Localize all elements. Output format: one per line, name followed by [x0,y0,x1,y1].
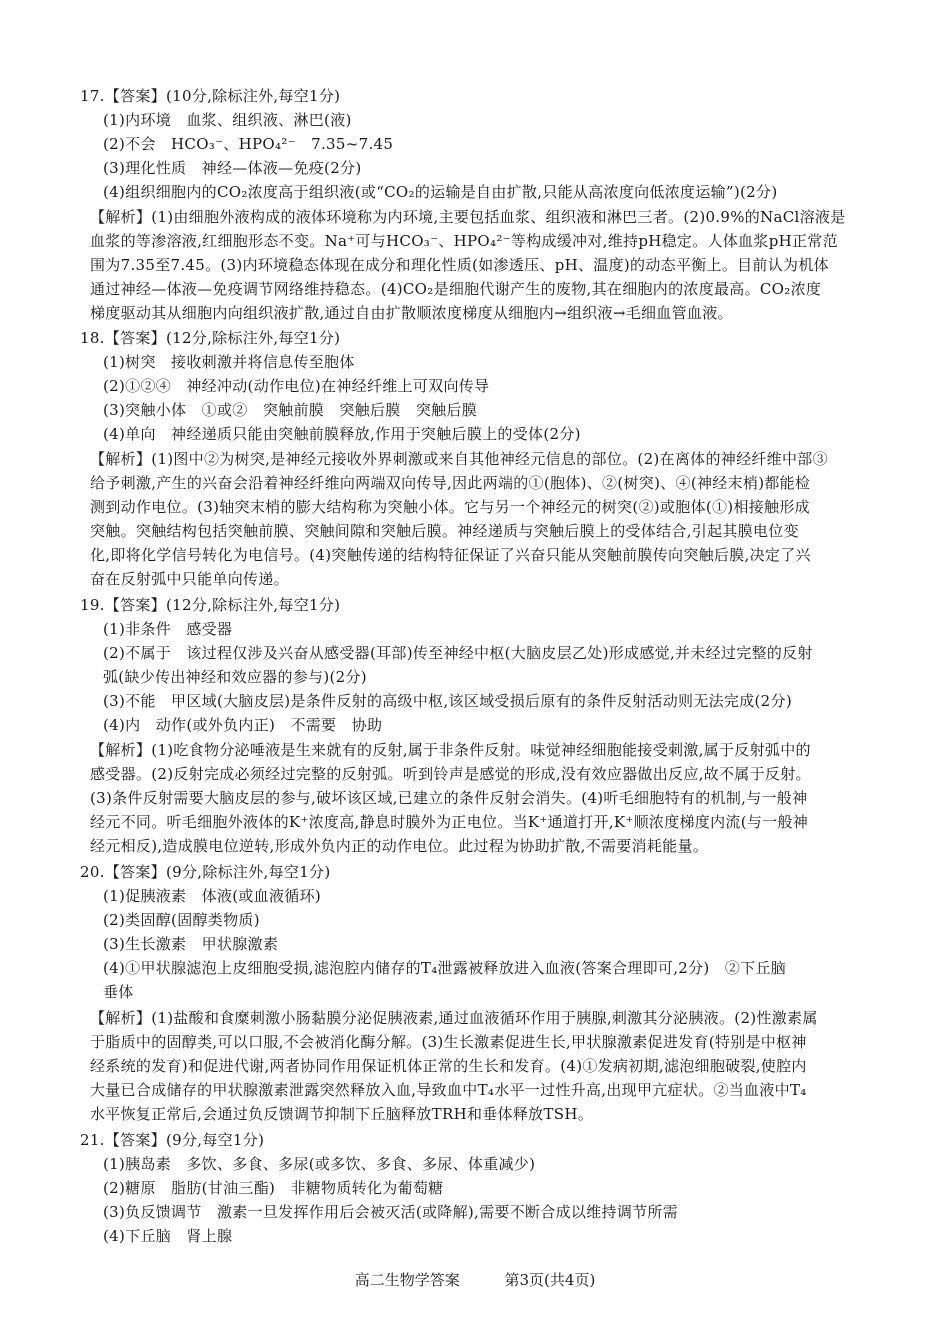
explanation-line: 化,即将化学信号转化为电信号。(4)突触传递的结构特征保证了兴奋只能从突触前膜传… [90,543,811,567]
answer-line: (2)不会 HCO₃⁻、HPO₄²⁻ 7.35~7.45 [103,132,393,156]
answer-line: (4)内 动作(或外负内正) 不需要 协助 [103,713,382,737]
explanation-line: 【解析】(1)吃食物分泌唾液是生来就有的反射,属于非条件反射。味觉神经细胞能接受… [90,738,811,762]
answer-line: 弧(缺少传出神经和效应器的参与)(2分) [103,665,367,689]
answer-line: (2)①②④ 神经冲动(动作电位)在神经纤维上可双向传导 [103,374,489,398]
explanation-line: 【解析】(1)图中②为树突,是神经元接收外界刺激或来自其他神经元信息的部位。(2… [90,447,828,471]
footer-page-number: 第3页(共4页) [505,1271,596,1289]
answer-line: (1)非条件 感受器 [103,617,232,641]
explanation-line: 于脂质中的固醇类,可以口服,不会被消化酶分解。(3)生长激素促进生长,甲状腺激素… [90,1030,807,1054]
question-header: 20.【答案】(9分,除标注外,每空1分) [80,860,330,884]
answer-line: (2)糖原 脂肪(甘油三酯) 非糖物质转化为葡萄糖 [103,1176,443,1200]
explanation-line: 水平恢复正常后,会通过负反馈调节抑制下丘脑释放TRH和垂体释放TSH。 [90,1102,593,1126]
explanation-line: 经元不同。听毛细胞外液体的K⁺浓度高,静息时膜外为正电位。当K⁺通道打开,K⁺顺… [90,810,808,834]
page-footer: 高二生物学答案 第3页(共4页) [0,1268,950,1292]
answer-line: (4)组织细胞内的CO₂浓度高于组织液(或“CO₂的运输是自由扩散,只能从高浓度… [103,180,777,204]
answer-line: 垂体 [103,980,134,1004]
explanation-line: 围为7.35至7.45。(3)内环境稳态体现在成分和理化性质(如渗透压、pH、温… [90,253,829,277]
answer-line: (4)①甲状腺滤泡上皮细胞受损,滤泡腔内储存的T₄泄露被释放进入血液(答案合理即… [103,956,786,980]
footer-title: 高二生物学答案 [355,1271,460,1289]
explanation-line: 突触。突触结构包括突触前膜、突触间隙和突触后膜。神经递质与突触后膜上的受体结合,… [90,519,799,543]
question-header: 19.【答案】(12分,除标注外,每空1分) [80,593,340,617]
explanation-line: 【解析】(1)盐酸和食糜刺激小肠黏膜分泌促胰液素,通过血液循环作用于胰腺,刺激其… [90,1006,818,1030]
answer-line: (4)下丘脑 肾上腺 [103,1224,232,1248]
question-header: 21.【答案】(9分,每空1分) [80,1128,264,1152]
answer-line: (1)树突 接收刺激并将信息传至胞体 [103,350,355,374]
explanation-line: 大量已合成储存的甲状腺激素泄露突然释放入血,导致血中T₄水平一过性升高,出现甲亢… [90,1078,807,1102]
explanation-line: 通过神经—体液—免疫调节网络维持稳态。(4)CO₂是细胞代谢产生的废物,其在细胞… [90,277,821,301]
explanation-line: 感受器。(2)反射完成必须经过完整的反射弧。听到铃声是感觉的形成,没有效应器做出… [90,762,811,786]
explanation-line: 经系统的发育)和促进代谢,两者协同作用保证机体正常的生长和发育。(4)①发病初期… [90,1054,807,1078]
answer-key-page: 17.【答案】(10分,除标注外,每空1分)(1)内环境 血浆、组织液、淋巴(液… [0,0,950,1343]
answer-line: (3)不能 甲区域(大脑皮层)是条件反射的高级中枢,该区域受损后原有的条件反射活… [103,689,792,713]
question-header: 18.【答案】(12分,除标注外,每空1分) [80,326,340,350]
explanation-line: 经元相反),造成膜电位逆转,形成外负内正的动作电位。此过程为协助扩散,不需要消耗… [90,834,708,858]
answer-line: (4)单向 神经递质只能由突触前膜释放,作用于突触后膜上的受体(2分) [103,422,581,446]
explanation-line: (3)条件反射需要大脑皮层的参与,破坏该区域,已建立的条件反射会消失。(4)听毛… [90,786,807,810]
answer-line: (2)不属于 该过程仅涉及兴奋从感受器(耳部)传至神经中枢(大脑皮层乙处)形成感… [103,641,813,665]
explanation-line: 梯度驱动其从细胞内向组织液扩散,通过自由扩散顺浓度梯度从细胞内→组织液→毛细血管… [90,301,733,325]
question-header: 17.【答案】(10分,除标注外,每空1分) [80,84,340,108]
explanation-line: 给予刺激,产生的兴奋会沿着神经纤维向两端双向传导,因此两端的①(胞体)、②(树突… [90,471,810,495]
explanation-line: 血浆的等渗溶液,红细胞形态不变。Na⁺可与HCO₃⁻、HPO₄²⁻等构成缓冲对,… [90,229,838,253]
answer-line: (2)类固醇(固醇类物质) [103,908,260,932]
answer-line: (1)内环境 血浆、组织液、淋巴(液) [103,108,352,132]
explanation-line: 奋在反射弧中只能单向传递。 [90,567,289,591]
answer-line: (3)理化性质 神经—体液—免疫(2分) [103,156,362,180]
answer-line: (1)胰岛素 多饮、多食、多尿(或多饮、多食、多尿、体重减少) [103,1152,535,1176]
answer-line: (3)负反馈调节 激素一旦发挥作用后会被灭活(或降解),需要不断合成以维持调节所… [103,1200,678,1224]
answer-line: (1)促胰液素 体液(或血液循环) [103,884,321,908]
answer-line: (3)突触小体 ①或② 突触前膜 突触后膜 突触后膜 [103,398,477,422]
answer-line: (3)生长激素 甲状腺激素 [103,932,278,956]
explanation-line: 测到动作电位。(3)轴突末梢的膨大结构称为突触小体。它与另一个神经元的树突(②)… [90,495,810,519]
explanation-line: 【解析】(1)由细胞外液构成的液体环境称为内环境,主要包括血浆、组织液和淋巴三者… [90,205,846,229]
